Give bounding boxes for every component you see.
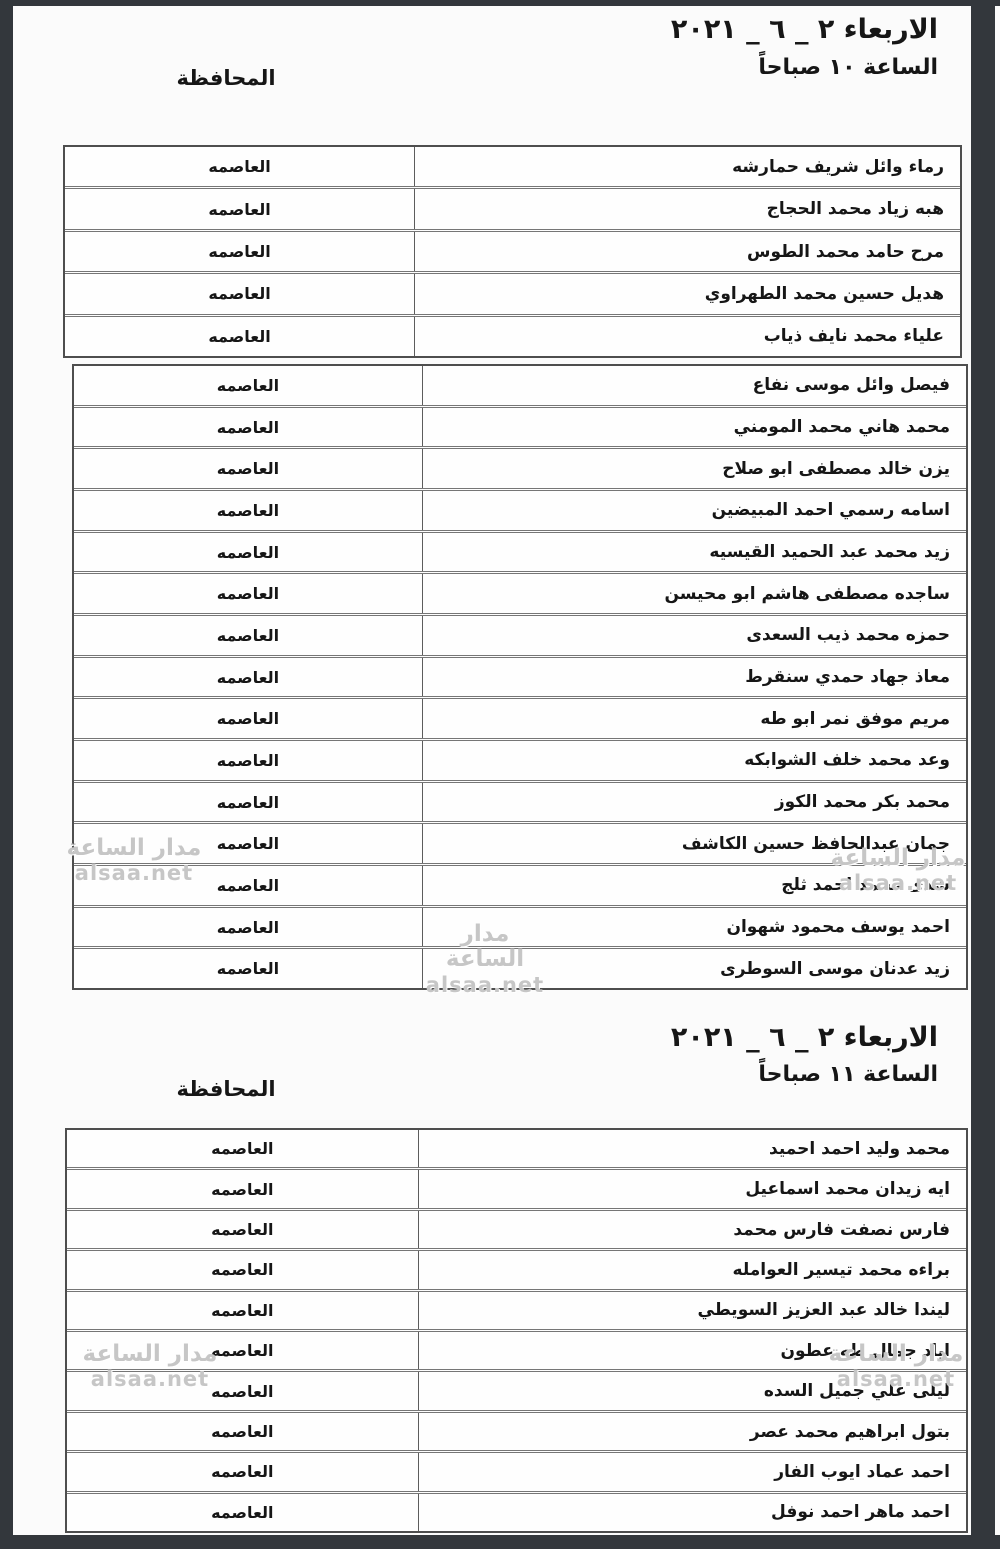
session-date-heading: الاربعاء ٢ _ ٦ _ ٢٠٢١ (671, 14, 938, 45)
table-row: العاصمهشذى محمد احمد ثلج (74, 863, 966, 905)
scan-frame-top (0, 0, 1000, 6)
governorate-cell: العاصمه (65, 232, 414, 271)
table-row: العاصمهايه زيدان محمد اسماعيل (67, 1167, 966, 1207)
student-name-cell: احمد عماد ايوب الفار (418, 1453, 966, 1490)
table-row: العاصمهفيصل وائل موسى نفاع (74, 366, 966, 405)
table-row: العاصمهمحمد بكر محمد الكوز (74, 780, 966, 822)
student-name-cell: بتول ابراهيم محمد عصر (418, 1413, 966, 1450)
student-name-cell: مرح حامد محمد الطوس (414, 232, 960, 271)
student-name-cell: براءه محمد تيسير العوامله (418, 1251, 966, 1288)
table-row: العاصمهوعد محمد خلف الشوابكه (74, 738, 966, 780)
governorate-cell: العاصمه (67, 1292, 418, 1329)
governorate-cell: العاصمه (74, 741, 422, 780)
governorate-cell: العاصمه (67, 1494, 418, 1531)
governorate-cell: العاصمه (74, 616, 422, 655)
student-name-cell: علياء محمد نايف ذياب (414, 317, 960, 356)
student-name-cell: ليلى علي جميل السده (418, 1372, 966, 1409)
student-name-cell: رماء وائل شريف حمارشه (414, 147, 960, 186)
student-name-cell: فارس نصفت فارس محمد (418, 1211, 966, 1248)
student-name-cell: هبه زياد محمد الحجاج (414, 189, 960, 228)
governorate-cell: العاصمه (67, 1453, 418, 1490)
governorate-cell: العاصمه (67, 1130, 418, 1167)
governorate-cell: العاصمه (74, 408, 422, 447)
governorate-cell: العاصمه (67, 1211, 418, 1248)
student-name-cell: زيد عدنان موسى السوطرى (422, 949, 966, 988)
governorate-cell: العاصمه (67, 1251, 418, 1288)
governorate-column-label: المحافظة (158, 66, 294, 90)
governorate-cell: العاصمه (74, 783, 422, 822)
table-row: العاصمهاسامه رسمي احمد المبيضين (74, 488, 966, 530)
table-row: العاصمهزيد عدنان موسى السوطرى (74, 946, 966, 988)
student-name-cell: زيد محمد عبد الحميد القيسيه (422, 533, 966, 572)
scan-frame-bottom (0, 1535, 1000, 1549)
scanned-schedule-page: الاربعاء ٢ _ ٦ _ ٢٠٢١ الساعة ١٠ صباحاً ا… (0, 0, 1000, 1549)
table-row: العاصمهاحمد ماهر احمد نوفل (67, 1491, 966, 1531)
governorate-cell: العاصمه (65, 147, 414, 186)
session-time-heading: الساعة ١٠ صباحاً (758, 55, 938, 80)
governorate-cell: العاصمه (74, 366, 422, 405)
table-row: العاصمهعلياء محمد نايف ذياب (65, 314, 960, 356)
student-name-cell: مريم موفق نمر ابو طه (422, 699, 966, 738)
governorate-cell: العاصمه (74, 491, 422, 530)
governorate-cell: العاصمه (67, 1372, 418, 1409)
table-row: العاصمهمعاذ جهاد حمدي سنقرط (74, 655, 966, 697)
governorate-cell: العاصمه (67, 1170, 418, 1207)
student-name-cell: محمد هاني محمد المومني (422, 408, 966, 447)
governorate-cell: العاصمه (67, 1332, 418, 1369)
governorate-cell: العاصمه (67, 1413, 418, 1450)
student-name-cell: اسامه رسمي احمد المبيضين (422, 491, 966, 530)
table-row: العاصمهزيد محمد عبد الحميد القيسيه (74, 530, 966, 572)
table-row: العاصمهبراءه محمد تيسير العوامله (67, 1248, 966, 1288)
student-name-cell: وعد محمد خلف الشوابكه (422, 741, 966, 780)
governorate-cell: العاصمه (74, 908, 422, 947)
student-name-cell: هديل حسين محمد الطهراوي (414, 274, 960, 313)
table-row: العاصمهساجده مصطفى هاشم ابو محيسن (74, 571, 966, 613)
student-name-cell: احمد ماهر احمد نوفل (418, 1494, 966, 1531)
student-name-cell: حمزه محمد ذيب السعدى (422, 616, 966, 655)
governorate-cell: العاصمه (65, 317, 414, 356)
table-row: العاصمهاحمد عماد ايوب الفار (67, 1450, 966, 1490)
student-name-cell: معاذ جهاد حمدي سنقرط (422, 658, 966, 697)
table-row: العاصمهفارس نصفت فارس محمد (67, 1208, 966, 1248)
governorate-cell: العاصمه (65, 274, 414, 313)
table-row: العاصمهبتول ابراهيم محمد عصر (67, 1410, 966, 1450)
table-row: العاصمهحمزه محمد ذيب السعدى (74, 613, 966, 655)
student-name-cell: ليندا خالد عبد العزيز السويطي (418, 1292, 966, 1329)
table-row: العاصمهليلى علي جميل السده (67, 1369, 966, 1409)
scan-frame-right (971, 0, 995, 1549)
student-name-cell: محمد بكر محمد الكوز (422, 783, 966, 822)
governorate-cell: العاصمه (65, 189, 414, 228)
table-row: العاصمهمرح حامد محمد الطوس (65, 229, 960, 271)
student-name-cell: اياد جمال طه عطون (418, 1332, 966, 1369)
table-row: العاصمهجمان عبدالحافظ حسين الكاشف (74, 821, 966, 863)
student-name-cell: احمد يوسف محمود شهوان (422, 908, 966, 947)
student-name-cell: محمد وليد احمد احميد (418, 1130, 966, 1167)
student-name-cell: شذى محمد احمد ثلج (422, 866, 966, 905)
table-row: العاصمههديل حسين محمد الطهراوي (65, 271, 960, 313)
governorate-cell: العاصمه (74, 824, 422, 863)
table-row: العاصمهمحمد وليد احمد احميد (67, 1130, 966, 1167)
governorate-cell: العاصمه (74, 949, 422, 988)
table-row: العاصمهرماء وائل شريف حمارشه (65, 147, 960, 186)
governorate-cell: العاصمه (74, 699, 422, 738)
schedule-table: العاصمهرماء وائل شريف حمارشهالعاصمههبه ز… (63, 145, 962, 358)
governorate-cell: العاصمه (74, 574, 422, 613)
session-time-heading: الساعة ١١ صباحاً (758, 1062, 938, 1087)
student-name-cell: فيصل وائل موسى نفاع (422, 366, 966, 405)
table-row: العاصمهاياد جمال طه عطون (67, 1329, 966, 1369)
schedule-table: العاصمهفيصل وائل موسى نفاعالعاصمهمحمد ها… (72, 364, 968, 990)
student-name-cell: جمان عبدالحافظ حسين الكاشف (422, 824, 966, 863)
table-row: العاصمهمريم موفق نمر ابو طه (74, 696, 966, 738)
governorate-cell: العاصمه (74, 866, 422, 905)
table-row: العاصمهمحمد هاني محمد المومني (74, 405, 966, 447)
table-row: العاصمهليندا خالد عبد العزيز السويطي (67, 1289, 966, 1329)
student-name-cell: ايه زيدان محمد اسماعيل (418, 1170, 966, 1207)
student-name-cell: يزن خالد مصطفى ابو صلاح (422, 449, 966, 488)
session-date-heading: الاربعاء ٢ _ ٦ _ ٢٠٢١ (671, 1022, 938, 1053)
schedule-table: العاصمهمحمد وليد احمد احميدالعاصمهايه زي… (65, 1128, 968, 1533)
scan-frame-left (0, 0, 13, 1549)
table-row: العاصمهاحمد يوسف محمود شهوان (74, 905, 966, 947)
table-row: العاصمههبه زياد محمد الحجاج (65, 186, 960, 228)
table-row: العاصمهيزن خالد مصطفى ابو صلاح (74, 446, 966, 488)
governorate-cell: العاصمه (74, 533, 422, 572)
governorate-cell: العاصمه (74, 449, 422, 488)
governorate-column-label: المحافظة (158, 1077, 294, 1101)
student-name-cell: ساجده مصطفى هاشم ابو محيسن (422, 574, 966, 613)
governorate-cell: العاصمه (74, 658, 422, 697)
